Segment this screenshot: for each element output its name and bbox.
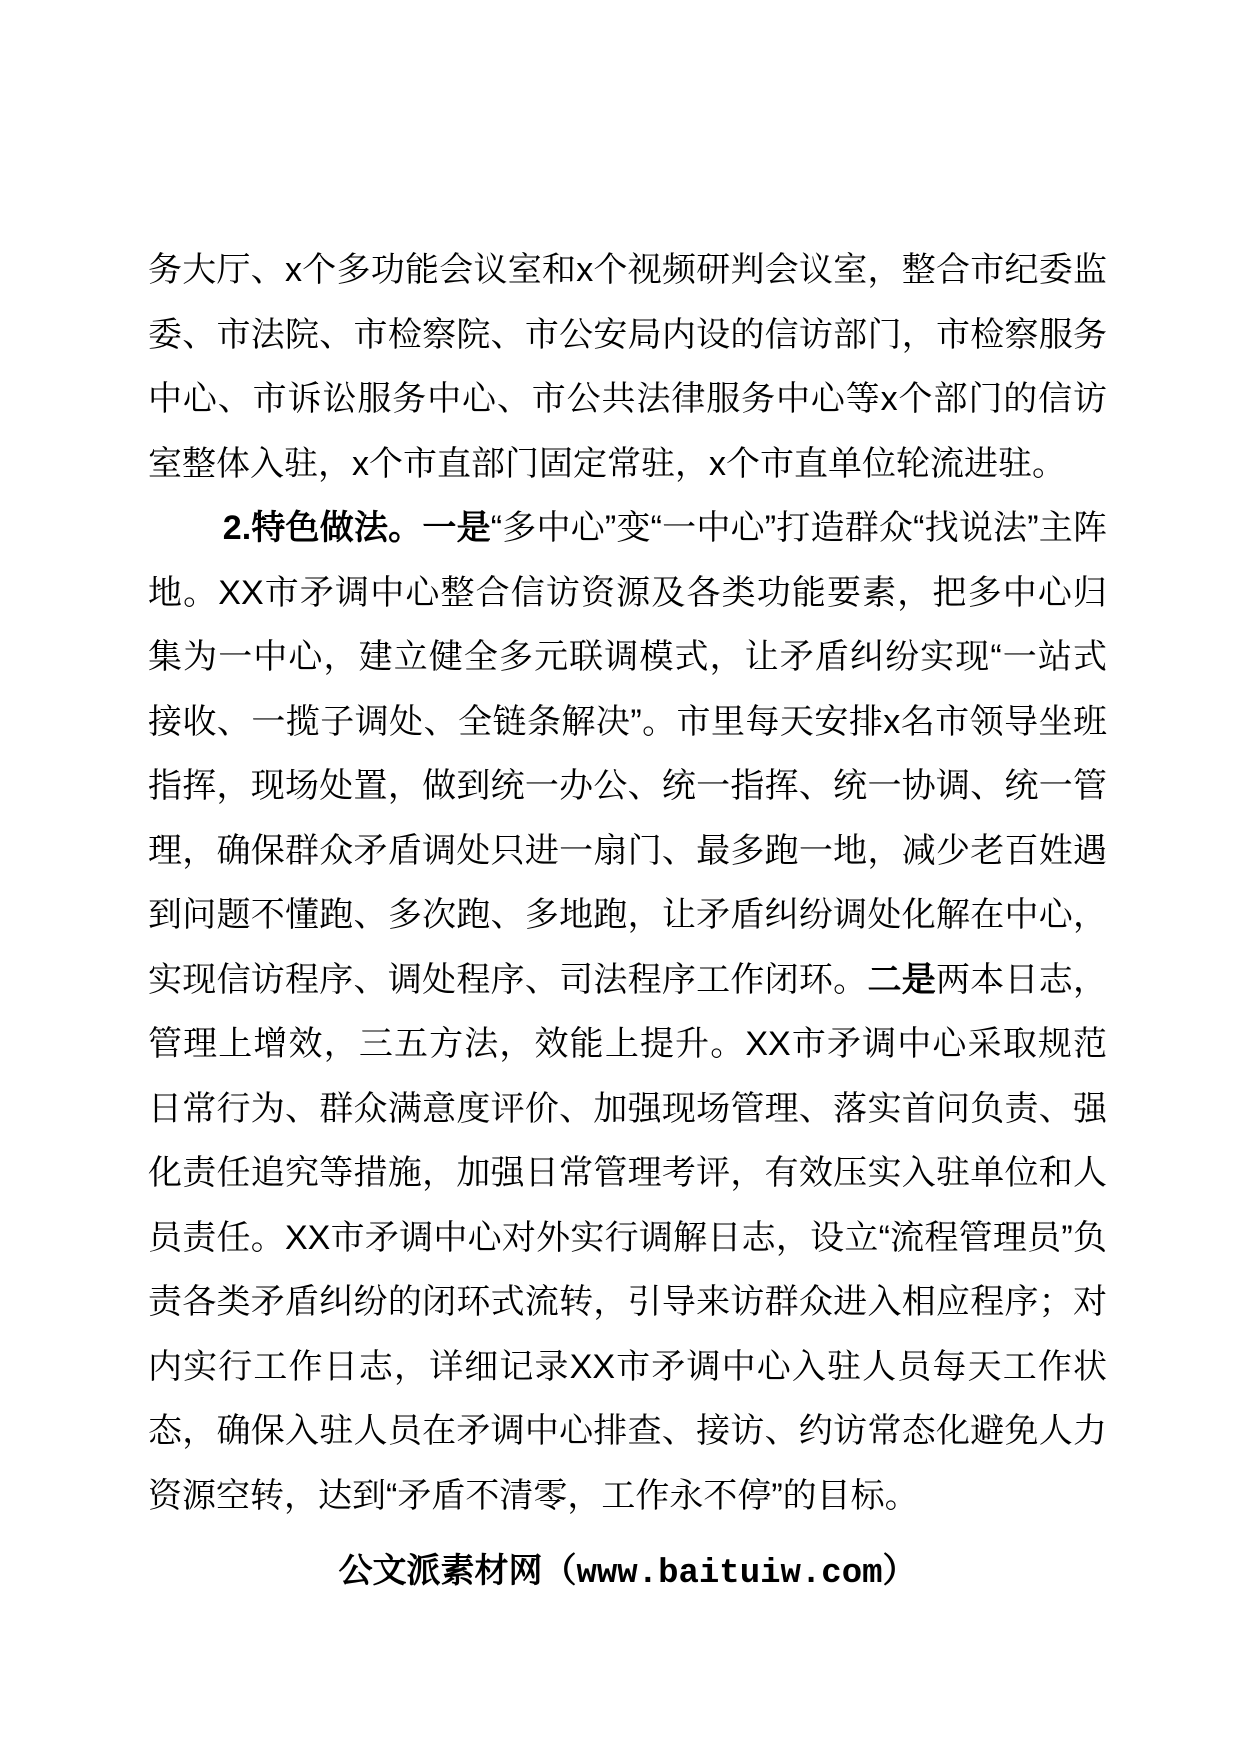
run-body-second-point: 两本日志，管理上增效，三五方法，效能上提升。XX市矛调中心采取规范日常行为、群众… bbox=[148, 961, 1107, 1515]
document-body: 务大厅、x个多功能会议室和x个视频研判会议室，整合市纪委监委、市法院、市检察院、… bbox=[148, 238, 1107, 1607]
footer-closing-paren: ） bbox=[883, 1553, 917, 1590]
document-page: 务大厅、x个多功能会议室和x个视频研判会议室，整合市纪委监委、市法院、市检察院、… bbox=[0, 0, 1240, 1754]
run-heading-special-practices: 2.特色做法。一是 bbox=[223, 509, 491, 547]
paragraph-continuation: 务大厅、x个多功能会议室和x个视频研判会议室，整合市纪委监委、市法院、市检察院、… bbox=[148, 238, 1107, 496]
watermark-footer: 公文派素材网（www.baituiw.com） bbox=[148, 1540, 1107, 1607]
run-body-first-point: “多中心”变“一中心”打造群众“找说法”主阵地。XX市矛调中心整合信访资源及各类… bbox=[148, 509, 1107, 999]
footer-url: www.baituiw.com bbox=[576, 1555, 882, 1593]
footer-site-name: 公文派素材网（ bbox=[338, 1553, 576, 1590]
paragraph-special-practices: 2.特色做法。一是“多中心”变“一中心”打造群众“找说法”主阵地。XX市矛调中心… bbox=[148, 496, 1107, 1528]
run-heading-second-point: 二是 bbox=[867, 961, 936, 999]
